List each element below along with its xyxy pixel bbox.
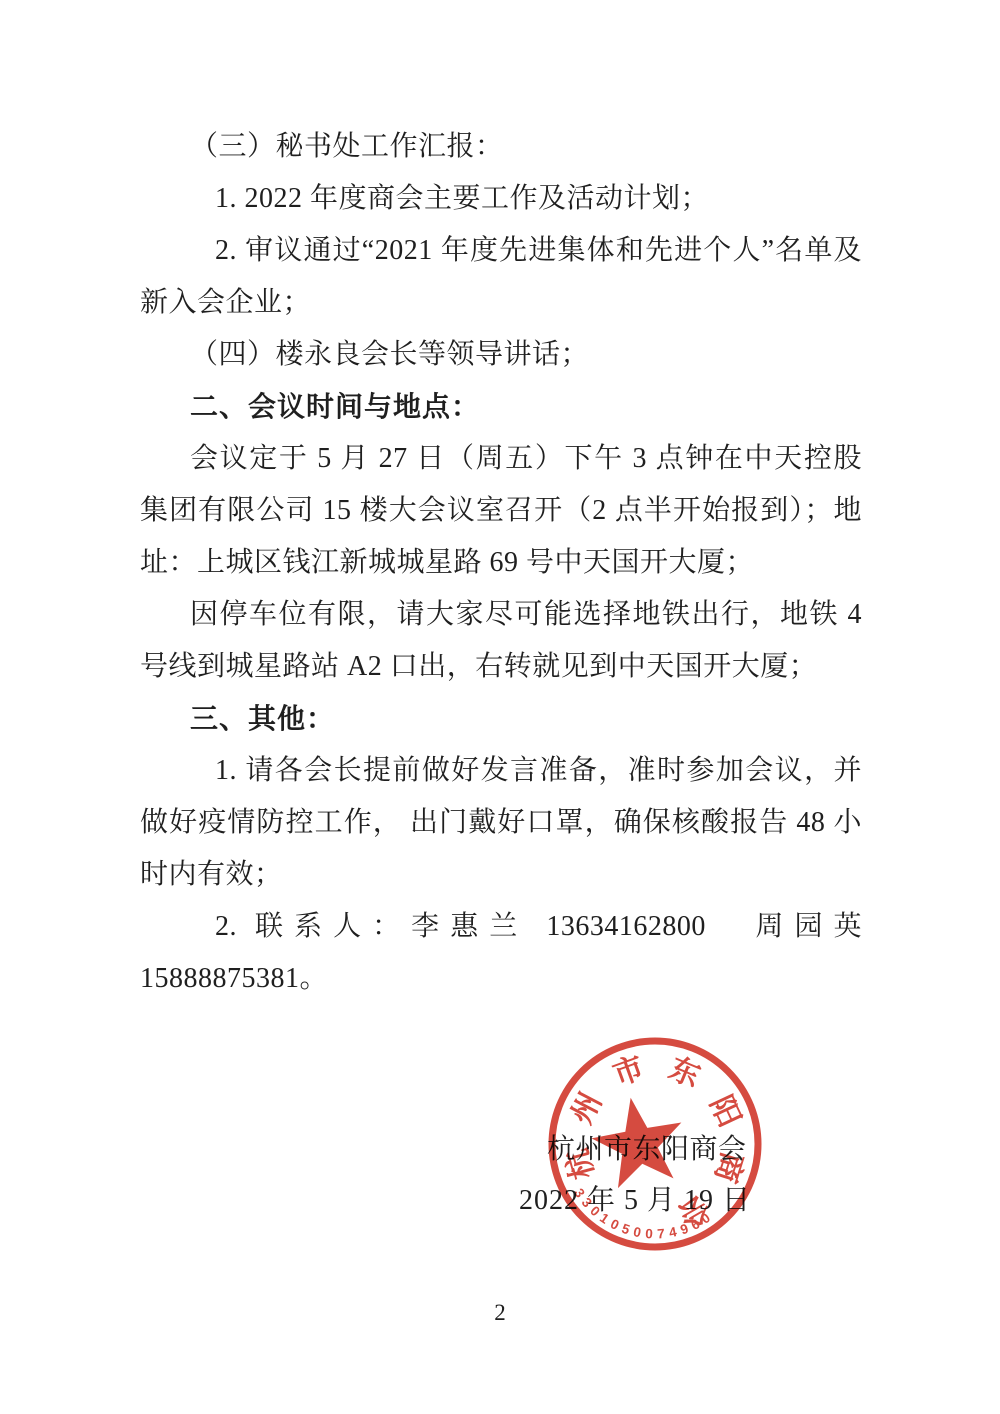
svg-text:0: 0 — [608, 1216, 621, 1233]
paragraph: 二、会议时间与地点： — [140, 381, 862, 433]
svg-text:市: 市 — [609, 1051, 648, 1092]
svg-text:7: 7 — [657, 1226, 665, 1241]
svg-text:杭: 杭 — [561, 1145, 601, 1183]
paragraph: （四）楼永良会长等领导讲话； — [140, 329, 862, 381]
svg-text:5: 5 — [620, 1221, 632, 1238]
svg-text:阳: 阳 — [704, 1091, 747, 1132]
official-seal: 杭州市东阳商会 3301050074960 — [535, 1023, 777, 1265]
paragraph: 1. 2022 年度商会主要工作及活动计划； — [140, 173, 862, 225]
paragraph: 2. 联系人：李惠兰 13634162800 周园英 15888875381。 — [140, 901, 862, 1005]
paragraph: 1. 请各会长提前做好发言准备，准时参加会议，并做好疫情防控工作， 出门戴好口罩… — [140, 745, 862, 901]
paragraph: 2. 审议通过“2021 年度先进集体和先进个人”名单及新入会企业； — [140, 225, 862, 329]
svg-text:商: 商 — [708, 1148, 749, 1187]
svg-text:4: 4 — [668, 1224, 679, 1240]
paragraph: 三、其他： — [140, 693, 862, 745]
svg-text:0: 0 — [645, 1226, 653, 1241]
svg-text:0: 0 — [632, 1224, 642, 1240]
paragraph: 因停车位有限，请大家尽可能选择地铁出行，地铁 4 号线到城星路站 A2 口出，右… — [140, 589, 862, 693]
document-body: （三）秘书处工作汇报：1. 2022 年度商会主要工作及活动计划；2. 审议通过… — [140, 121, 862, 1005]
paragraph: （三）秘书处工作汇报： — [140, 121, 862, 173]
paragraph: 会议定于 5 月 27 日（周五）下午 3 点钟在中天控股集团有限公司 15 楼… — [140, 433, 862, 589]
document-page: （三）秘书处工作汇报：1. 2022 年度商会主要工作及活动计划；2. 审议通过… — [0, 0, 1000, 1414]
page-number: 2 — [0, 1300, 1000, 1326]
svg-text:东: 东 — [664, 1052, 704, 1094]
svg-text:州: 州 — [565, 1087, 608, 1129]
